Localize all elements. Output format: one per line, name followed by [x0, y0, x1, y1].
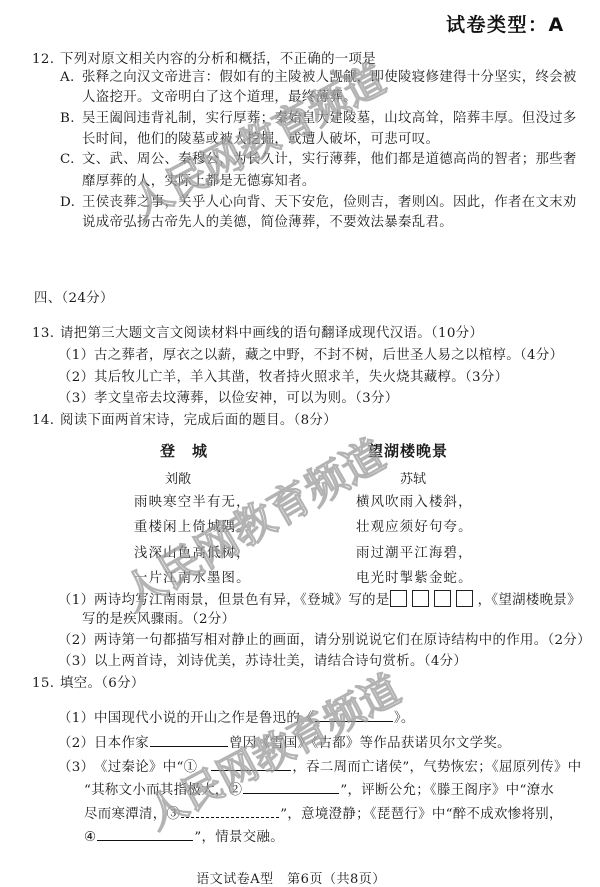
q12-option-a-cont: 人盗挖开。文帝明白了这个道理，最终薄葬。: [82, 90, 357, 106]
q14-stem-text: 阅读下面两首宋诗，完成后面的题目。（8分）: [60, 413, 337, 428]
section-heading: 四、（24分）: [34, 291, 114, 307]
item-text: ”，情景交融。: [194, 830, 284, 845]
poem-line: 浅深山色高低树，: [134, 542, 251, 561]
q14-number: 14.: [32, 413, 60, 429]
item-text: 中国现代小说的开山之作是鲁迅的《: [94, 711, 314, 726]
poem-author: 刘敞: [165, 468, 191, 487]
poem-line: 雨映寒空半有无，: [134, 491, 251, 510]
item-text: ④: [84, 830, 96, 845]
item-text: 孝文皇帝去坟薄葬，以俭安神，可以为则。（3分）: [94, 391, 398, 406]
item-text: ”，评断公允；《滕王阁序》中“潦水: [340, 783, 554, 798]
q12-option-a: A.张释之向汉文帝进言：假如有的主陵被人觊觎，即使陵寝修建得十分坚实，终会被: [60, 70, 577, 86]
poem-line: 重楼闲上倚城隅。: [134, 516, 251, 535]
item-label: （2）: [58, 633, 94, 649]
option-text: 张释之向汉文帝进言：假如有的主陵被人觊觎，即使陵寝修建得十分坚实，终会被: [82, 70, 577, 85]
q14-stem: 14.阅读下面两首宋诗，完成后面的题目。（8分）: [32, 413, 337, 429]
item-text: ，吞二周而亡诸侯”，气势恢宏；《屈原列传》中: [292, 760, 581, 775]
poem-line: 一片江南水墨图。: [134, 567, 251, 586]
item-text: 尽而寒潭清，③: [84, 807, 180, 822]
item-text: 两诗第一句都描写相对静止的画面，请分别说说它们在原诗结构中的作用。（2分）: [94, 633, 591, 648]
fill-blank-2[interactable]: [243, 781, 339, 794]
item-text: 》。: [394, 711, 415, 726]
poem-title: 望湖楼晚景: [368, 440, 448, 461]
paper-type-label: 试卷类型：A: [446, 10, 565, 37]
poem-line: 横风吹雨入楼斜，: [356, 491, 473, 510]
item-text: 日本作家: [94, 736, 149, 751]
fill-blank-3[interactable]: [181, 805, 279, 818]
poem-line: 壮观应须好句夸。: [356, 516, 473, 535]
q15-stem-text: 填空。（6分）: [60, 676, 145, 691]
item-label: （3）: [58, 654, 94, 670]
item-label: （2）: [58, 370, 94, 386]
q15-stem: 15.填空。（6分）: [32, 676, 145, 692]
q12-option-d: D.王侯丧葬之事，关乎人心向背、天下安危，俭则吉，奢则凶。因此，作者在文末劝: [60, 195, 577, 211]
poem-author: 苏轼: [400, 468, 426, 487]
q14-item-1: （1）两诗均写江南雨景，但景色有异，《登城》写的是，《望湖楼晚景》: [58, 590, 581, 609]
q12-option-b-cont: 长时间，他们的陵墓或被人挖掘，或遭人破坏，可悲可叹。: [82, 132, 439, 148]
fill-blank[interactable]: [150, 734, 228, 747]
q12-number: 12.: [32, 52, 60, 68]
q12-stem: 12.下列对原文相关内容的分析和概括，不正确的一项是: [32, 52, 376, 68]
q12-option-b: B.吴王阖闾违背礼制，实行厚葬；秦始皇大建陵墓，山坟高耸，陪葬丰厚。但没过多: [60, 111, 577, 127]
q13-stem: 13.请把第三大题文言文阅读材料中画线的语句翻译成现代汉语。（10分）: [32, 326, 483, 342]
q15-item-3-line3: 尽而寒潭清，③”，意境澄静；《琵琶行》中“醉不成欢惨将别，: [84, 805, 563, 823]
option-label: B.: [60, 111, 82, 127]
q13-stem-text: 请把第三大题文言文阅读材料中画线的语句翻译成现代汉语。（10分）: [60, 326, 483, 341]
q12-option-d-cont: 说成帝弘扬古帝先人的美德，简俭薄葬，不要效法暴秦乱君。: [82, 215, 453, 231]
q12-option-c-cont: 靡厚葬的人，实际上都是无德寡知者。: [82, 174, 316, 190]
q14-item-1-cont: 写的是疾风骤雨。（2分）: [82, 612, 235, 628]
option-text: 王侯丧葬之事，关乎人心向背、天下安危，俭则吉，奢则凶。因此，作者在文末劝: [82, 195, 577, 210]
item-text: ”，意境澄静；《琵琶行》中“醉不成欢惨将别，: [280, 807, 563, 822]
answer-box-4[interactable]: [456, 590, 473, 607]
q13-number: 13.: [32, 326, 60, 342]
q13-item-3: （3）孝文皇帝去坟薄葬，以俭安神，可以为则。（3分）: [58, 391, 398, 407]
q12-stem-text: 下列对原文相关内容的分析和概括，不正确的一项是: [60, 52, 376, 67]
item-text: 古之葬者，厚衣之以薪，藏之中野，不封不树，后世圣人易之以棺椁。（4分）: [94, 348, 563, 363]
q15-item-3-line2: “其称文小而其指极大，②”，评断公允；《滕王阁序》中“潦水: [84, 781, 554, 799]
fill-blank-1[interactable]: [211, 758, 291, 771]
option-text: 文、武、周公、秦穆公，为长久计，实行薄葬，他们都是道德高尚的智者；那些奢: [82, 152, 577, 167]
item-text: 曾因《雪国》《古都》等作品获诺贝尔文学奖。: [229, 736, 511, 751]
answer-box-3[interactable]: [434, 590, 451, 607]
item-label: （1）: [58, 593, 94, 609]
item-label: （3）: [58, 391, 94, 407]
q12-option-c: C.文、武、周公、秦穆公，为长久计，实行薄葬，他们都是道德高尚的智者；那些奢: [60, 152, 577, 168]
q15-item-3-line4: ④”，情景交融。: [84, 828, 284, 846]
q15-item-2: （2）日本作家曾因《雪国》《古都》等作品获诺贝尔文学奖。: [58, 734, 511, 752]
q13-item-1: （1）古之葬者，厚衣之以薪，藏之中野，不封不树，后世圣人易之以棺椁。（4分）: [58, 348, 563, 364]
q15-item-3: （3）《过秦论》中“①，吞二周而亡诸侯”，气势恢宏；《屈原列传》中: [58, 758, 581, 776]
q14-item-3: （3）以上两首诗，刘诗优美，苏诗壮美，请结合诗句赏析。（4分）: [58, 654, 467, 670]
q14-item-2: （2）两诗第一句都描写相对静止的画面，请分别说说它们在原诗结构中的作用。（2分）: [58, 633, 591, 649]
poem-line: 雨过潮平江海碧，: [356, 542, 473, 561]
page-footer: 语文试卷A型 第6页（共8页）: [0, 868, 582, 887]
poem-title: 登 城: [160, 440, 208, 461]
item-label: （1）: [58, 348, 94, 364]
item-text: 以上两首诗，刘诗优美，苏诗壮美，请结合诗句赏析。（4分）: [94, 654, 467, 669]
poem-line: 电光时掣紫金蛇。: [356, 567, 473, 586]
option-label: A.: [60, 70, 82, 86]
item-text: ，《望湖楼晚景》: [478, 593, 581, 608]
item-text: 两诗均写江南雨景，但景色有异，《登城》写的是: [94, 593, 390, 608]
item-text: “其称文小而其指极大，②: [84, 783, 242, 798]
item-text: 其后牧儿亡羊，羊入其凿，牧者持火照求羊，失火烧其藏椁。（3分）: [94, 370, 508, 385]
item-label: （2）: [58, 736, 94, 752]
answer-box-2[interactable]: [412, 590, 429, 607]
fill-blank[interactable]: [315, 709, 393, 722]
item-label: （3）: [58, 760, 94, 776]
q15-item-1: （1）中国现代小说的开山之作是鲁迅的《》。: [58, 709, 415, 727]
answer-box-1[interactable]: [390, 590, 407, 607]
q13-item-2: （2）其后牧儿亡羊，羊入其凿，牧者持火照求羊，失火烧其藏椁。（3分）: [58, 370, 508, 386]
option-label: C.: [60, 152, 82, 168]
q15-number: 15.: [32, 676, 60, 692]
item-text: 《过秦论》中“①: [94, 760, 197, 775]
option-text: 吴王阖闾违背礼制，实行厚葬；秦始皇大建陵墓，山坟高耸，陪葬丰厚。但没过多: [82, 111, 577, 126]
item-label: （1）: [58, 711, 94, 727]
fill-blank-4[interactable]: [97, 828, 193, 841]
option-label: D.: [60, 195, 82, 211]
